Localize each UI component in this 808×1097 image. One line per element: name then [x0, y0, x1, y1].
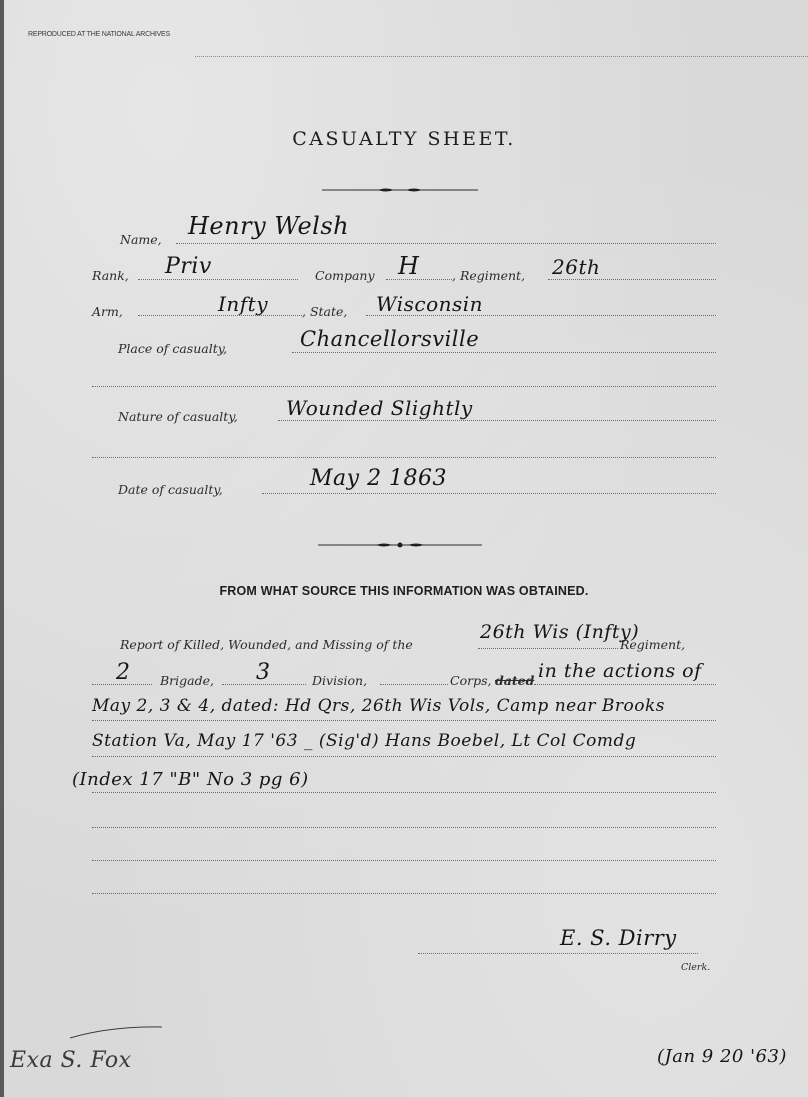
rank-line — [138, 279, 298, 280]
clerk-signature: E. S. Dirry — [560, 926, 677, 950]
rank-label: Rank, — [92, 268, 129, 283]
margin-note-bottom-left: Exa S. Fox — [10, 1048, 132, 1073]
corps-line-2 — [534, 684, 716, 685]
corps-line — [380, 684, 448, 685]
company-value: H — [398, 252, 419, 280]
nature-line — [278, 420, 716, 421]
report-line-6 — [92, 827, 716, 828]
margin-note-bottom-right: (Jan 9 20 '63) — [657, 1046, 787, 1067]
brigade-label: Brigade, — [160, 673, 214, 688]
date-line — [262, 493, 716, 494]
handwritten-line-4: (Index 17 "B" No 3 pg 6) — [72, 769, 309, 790]
place-label: Place of casualty, — [118, 341, 227, 356]
name-label: Name, — [120, 232, 162, 247]
ornament-divider-middle — [318, 542, 482, 548]
page-title: CASUALTY SHEET. — [0, 128, 808, 150]
report-suffix: Regiment, — [620, 637, 685, 652]
signature-line — [418, 953, 698, 954]
clerk-label: Clerk. — [681, 962, 710, 973]
report-regiment-value: 26th Wis (Infty) — [480, 621, 639, 643]
regiment-label: , Regiment, — [452, 268, 525, 283]
regiment-line — [548, 279, 716, 280]
archive-stamp: REPRODUCED AT THE NATIONAL ARCHIVES — [28, 31, 170, 38]
place-line-2 — [92, 386, 716, 387]
company-label: Company — [315, 268, 375, 283]
corps-label: Corps, — [450, 673, 491, 688]
handwritten-line-1: in the actions of — [538, 660, 702, 682]
name-line — [176, 243, 716, 244]
casualty-sheet-page: REPRODUCED AT THE NATIONAL ARCHIVES CASU… — [0, 0, 808, 1097]
dated-struck-text: dated — [495, 673, 534, 688]
handwritten-line-2: May 2, 3 & 4, dated: Hd Qrs, 26th Wis Vo… — [92, 696, 665, 716]
nature-value: Wounded Slightly — [286, 396, 473, 420]
regiment-value: 26th — [552, 255, 600, 279]
handwritten-line-3: Station Va, May 17 '63 _ (Sig'd) Hans Bo… — [92, 731, 636, 751]
date-label: Date of casualty, — [118, 482, 223, 497]
arm-value: Infty — [218, 292, 268, 316]
state-label: , State, — [302, 304, 347, 319]
nature-line-2 — [92, 457, 716, 458]
place-line — [292, 352, 716, 353]
rank-value: Priv — [165, 254, 212, 279]
report-line-3 — [92, 720, 716, 721]
place-value: Chancellorsville — [300, 327, 479, 351]
state-value: Wisconsin — [376, 292, 483, 316]
report-regiment-line — [478, 648, 618, 649]
report-prefix: Report of Killed, Wounded, and Missing o… — [120, 637, 413, 652]
scan-edge — [0, 0, 4, 1097]
report-line-4 — [92, 756, 716, 757]
ornament-divider-top — [322, 187, 478, 193]
report-line-5 — [92, 792, 716, 793]
division-label: Division, — [312, 673, 367, 688]
report-line-8 — [92, 893, 716, 894]
arm-label: Arm, — [92, 304, 123, 319]
margin-flourish — [70, 1024, 165, 1040]
source-heading: FROM WHAT SOURCE THIS INFORMATION WAS OB… — [0, 584, 808, 598]
brigade-value: 2 — [116, 660, 131, 685]
division-value: 3 — [256, 660, 271, 685]
date-value: May 2 1863 — [310, 466, 447, 491]
nature-label: Nature of casualty, — [118, 409, 238, 424]
top-rule — [195, 56, 808, 57]
report-line-7 — [92, 860, 716, 861]
name-value: Henry Welsh — [188, 212, 349, 240]
